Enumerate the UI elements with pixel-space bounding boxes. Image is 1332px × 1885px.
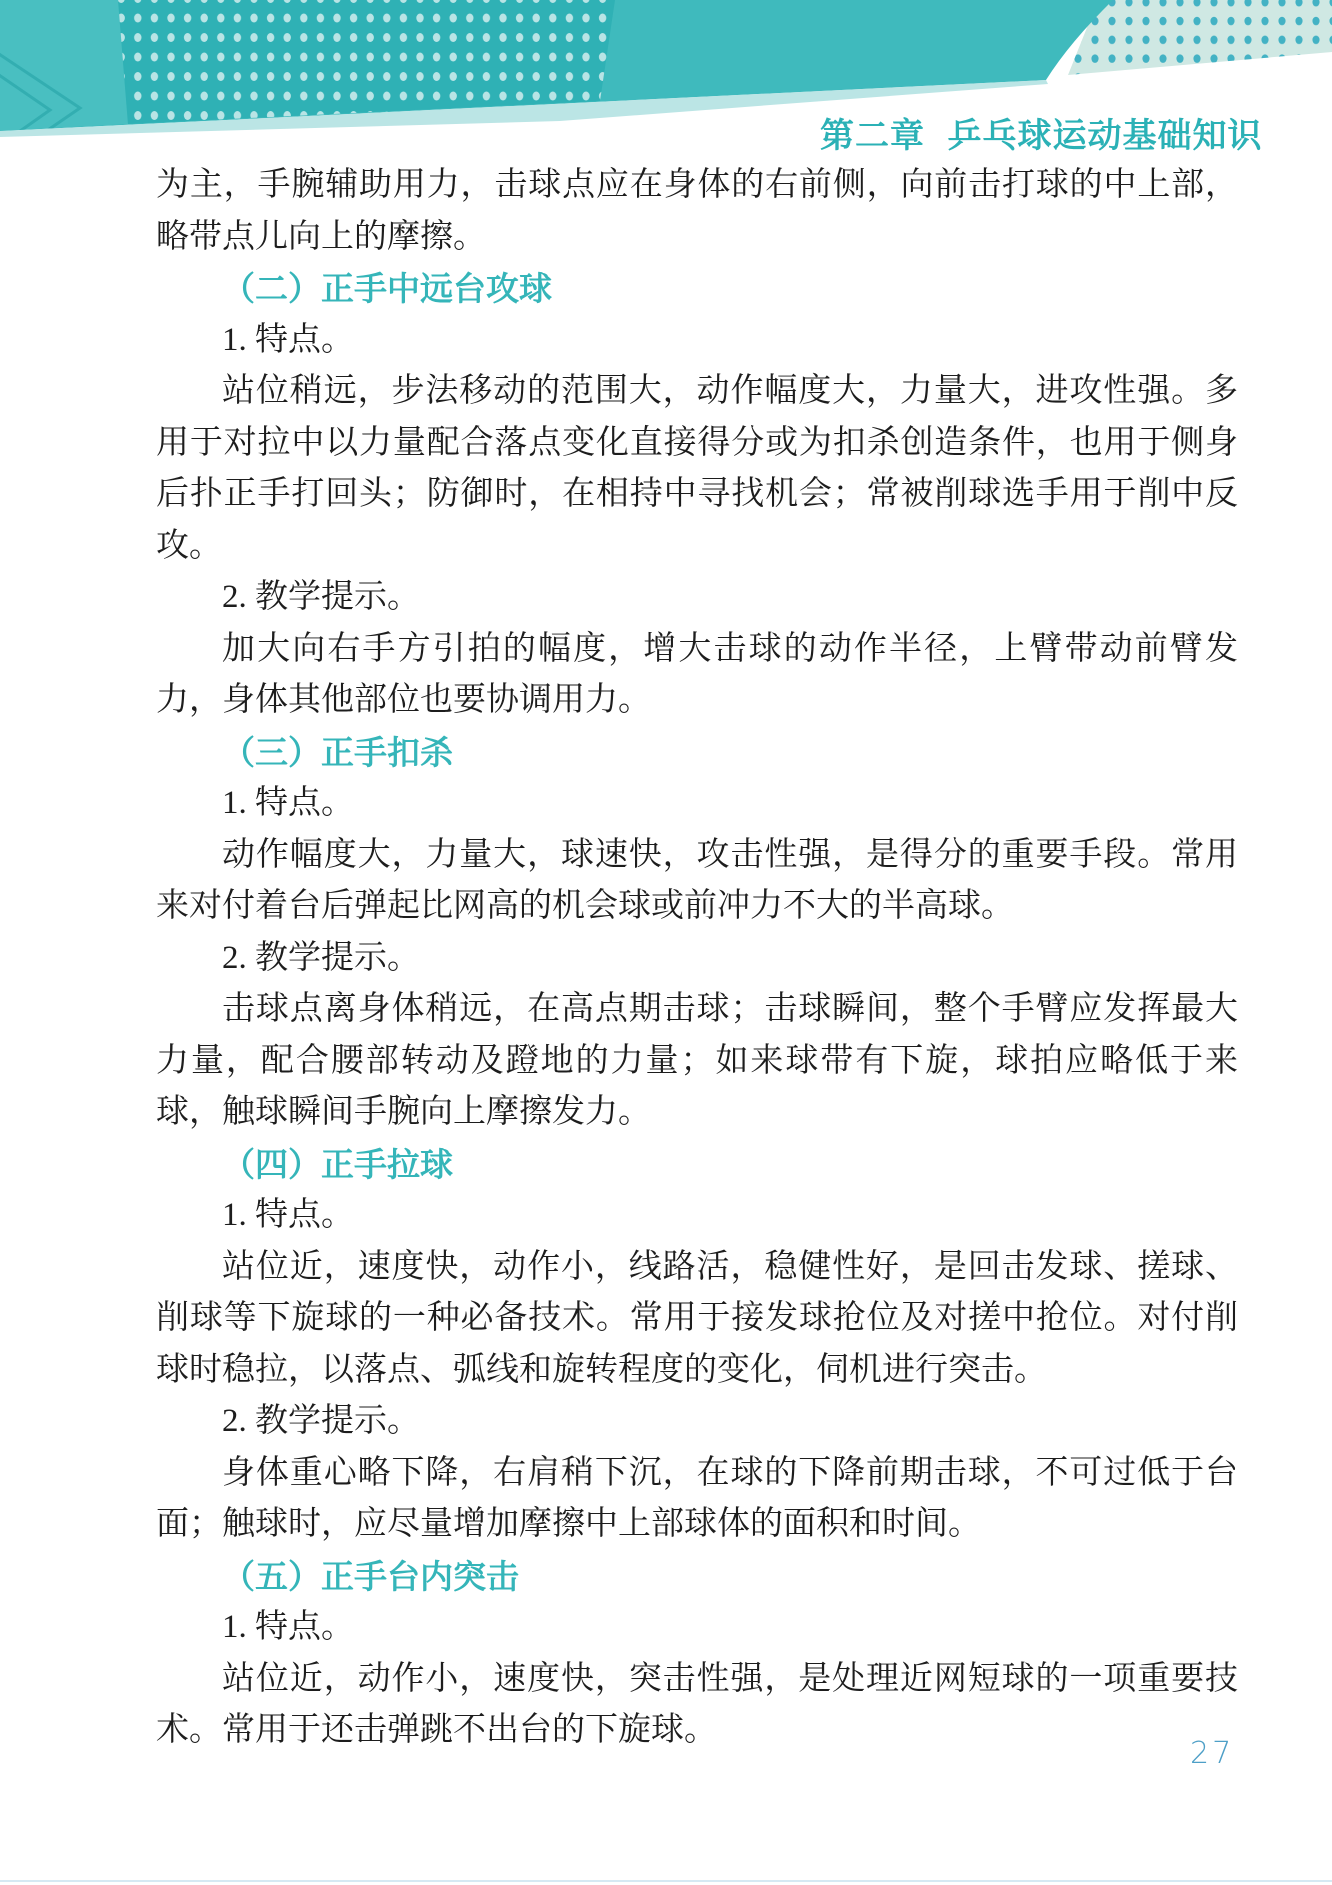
paragraph: 2. 教学提示。 (156, 933, 1238, 985)
section-heading: （三）正手扣杀 (156, 727, 1238, 779)
paragraph: 2. 教学提示。 (156, 572, 1238, 624)
chapter-title: 第二章 乒乓球运动基础知识 (820, 116, 1262, 156)
paragraph: 1. 特点。 (156, 778, 1238, 830)
paragraph: 动作幅度大，力量大，球速快，攻击性强，是得分的重要手段。常用来对付着台后弹起比网… (156, 830, 1238, 933)
paragraph: 击球点离身体稍远，在高点期击球；击球瞬间，整个手臂应发挥最大力量，配合腰部转动及… (156, 984, 1238, 1139)
paragraph: 为主，手腕辅助用力，击球点应在身体的右前侧，向前击打球的中上部，略带点儿向上的摩… (156, 160, 1238, 263)
paragraph: 1. 特点。 (156, 315, 1238, 367)
paragraph: 1. 特点。 (156, 1190, 1238, 1242)
page-bottom-edge (0, 1880, 1332, 1882)
section-heading: （五）正手台内突击 (156, 1551, 1238, 1603)
paragraph: 1. 特点。 (156, 1602, 1238, 1654)
paragraph: 站位近，动作小，速度快，突击性强，是处理近网短球的一项重要技术。常用于还击弹跳不… (156, 1654, 1238, 1757)
body-text: 为主，手腕辅助用力，击球点应在身体的右前侧，向前击打球的中上部，略带点儿向上的摩… (156, 160, 1238, 1757)
section-heading: （四）正手拉球 (156, 1139, 1238, 1191)
paragraph: 站位近，速度快，动作小，线路活，稳健性好，是回击发球、搓球、削球等下旋球的一种必… (156, 1242, 1238, 1397)
page-number: 27 (1190, 1738, 1234, 1770)
paragraph: 2. 教学提示。 (156, 1396, 1238, 1448)
pale-dot-block (1068, 0, 1332, 75)
paragraph: 加大向右手方引拍的幅度，增大击球的动作半径，上臂带动前臂发力，身体其他部位也要协… (156, 624, 1238, 727)
paragraph: 身体重心略下降，右肩稍下沉，在球的下降前期击球，不可过低于台面；触球时，应尽量增… (156, 1448, 1238, 1551)
book-page: 第二章 乒乓球运动基础知识 为主，手腕辅助用力，击球点应在身体的右前侧，向前击打… (0, 0, 1332, 1885)
paragraph: 站位稍远，步法移动的范围大，动作幅度大，力量大，进攻性强。多用于对拉中以力量配合… (156, 366, 1238, 572)
banner-left-section (0, 0, 128, 131)
section-heading: （二）正手中远台攻球 (156, 263, 1238, 315)
